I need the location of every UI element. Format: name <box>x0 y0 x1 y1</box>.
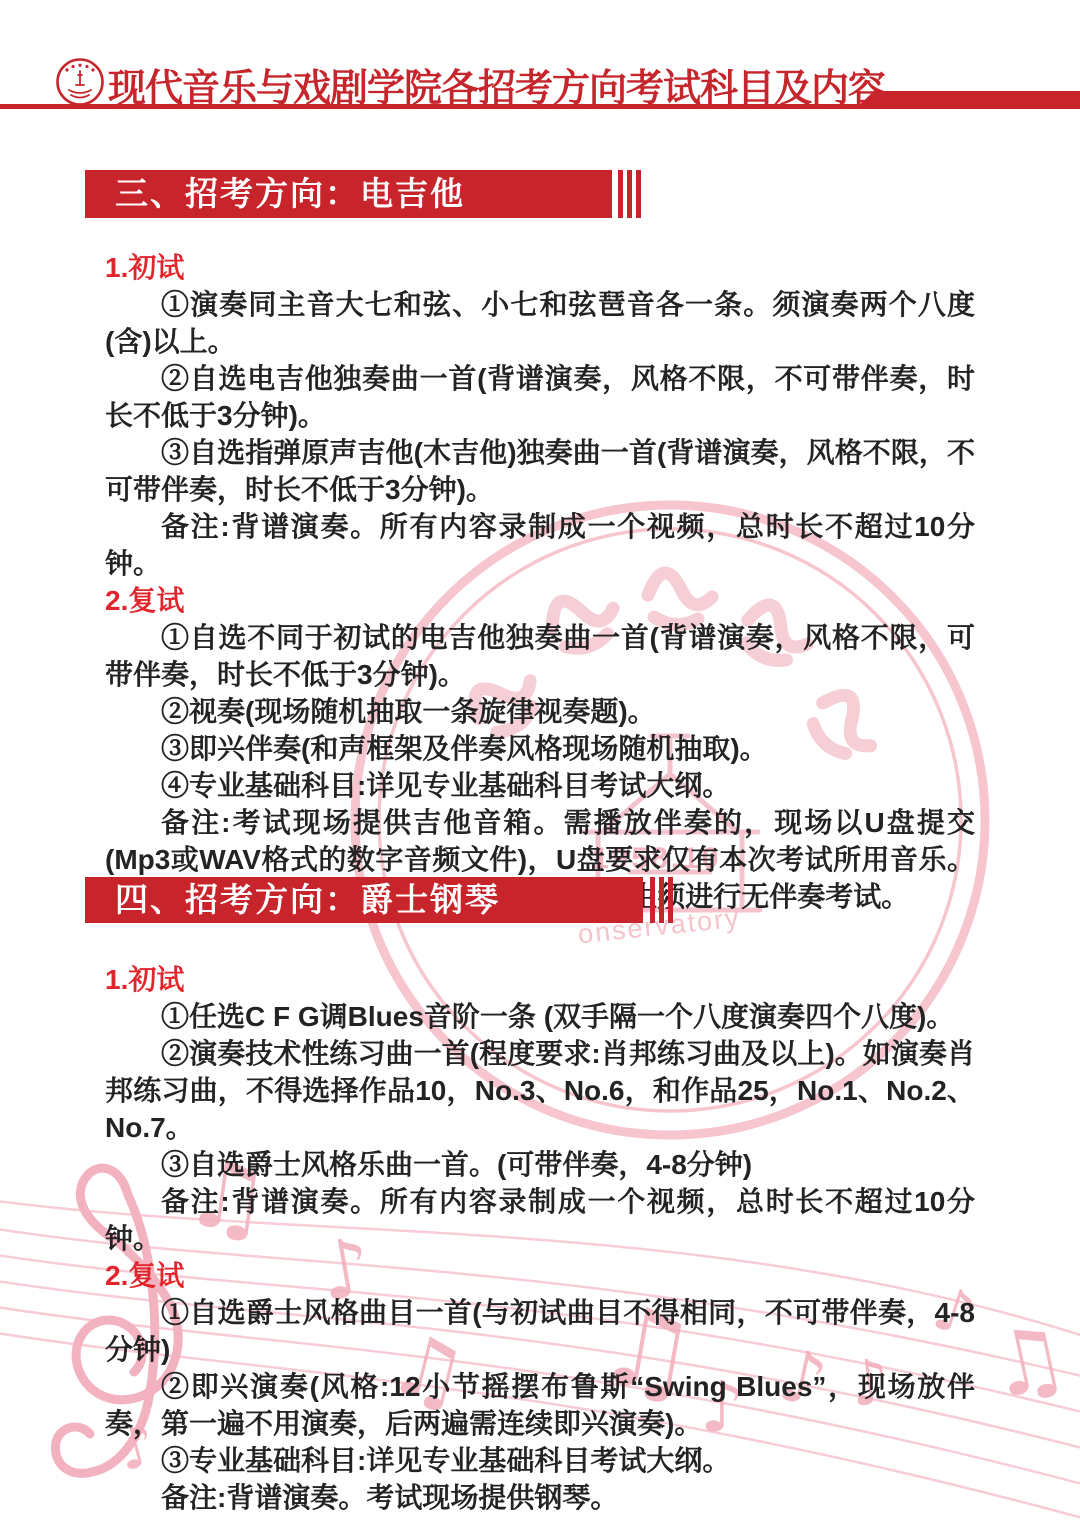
exam-item: ②自选电吉他独奏曲一首(背谱演奏，风格不限，不可带伴奏，时长不低于3分钟)。 <box>105 360 975 434</box>
banner-stripes <box>650 877 673 923</box>
section-body-jazz-piano: 1.初试 ①任选C F G调Blues音阶一条 (双手隔一个八度演奏四个八度)。… <box>105 961 975 1516</box>
exam-item: ③专业基础科目:详见专业基础科目考试大纲。 <box>105 1442 975 1479</box>
exam-item: ①任选C F G调Blues音阶一条 (双手隔一个八度演奏四个八度)。 <box>105 998 975 1035</box>
exam-item: ④专业基础科目:详见专业基础科目考试大纲。 <box>105 767 975 804</box>
round-label: 2.复试 <box>105 1257 975 1294</box>
exam-item: ②演奏技术性练习曲一首(程度要求:肖邦练习曲及以上)。如演奏肖邦练习曲，不得选择… <box>105 1035 975 1146</box>
header-rule-block <box>856 91 1080 108</box>
exam-item: ③自选指弹原声吉他(木吉他)独奏曲一首(背谱演奏，风格不限，不可带伴奏，时长不低… <box>105 434 975 508</box>
exam-item: ①自选不同于初试的电吉他独奏曲一首(背谱演奏，风格不限，可带伴奏，时长不低于3分… <box>105 619 975 693</box>
exam-item: ①自选爵士风格曲目一首(与初试曲目不得相同，不可带伴奏，4-8分钟) <box>105 1294 975 1368</box>
round-label: 2.复试 <box>105 582 975 619</box>
document-page: 1958.10 onservatory ♫ ♪ ♫ ♫ ♪ ♪ ♪ ♪ ♫ ♪ <box>0 0 1080 1527</box>
school-seal-logo <box>55 57 105 107</box>
page-title: 现代音乐与戏剧学院各招考方向考试科目及内容 <box>108 57 885 112</box>
exam-note: 备注:背谱演奏。所有内容录制成一个视频，总时长不超过10分钟。 <box>105 1183 975 1257</box>
banner-stripes <box>618 170 641 218</box>
exam-note: 备注:背谱演奏。所有内容录制成一个视频，总时长不超过10分钟。 <box>105 508 975 582</box>
round-label: 1.初试 <box>105 961 975 998</box>
exam-item: ③即兴伴奏(和声框架及伴奏风格现场随机抽取)。 <box>105 730 975 767</box>
exam-item: ②视奏(现场随机抽取一条旋律视奏题)。 <box>105 693 975 730</box>
section-banner-electric-guitar: 三、招考方向：电吉他 <box>85 170 612 218</box>
exam-item: ③自选爵士风格乐曲一首。(可带伴奏，4-8分钟) <box>105 1146 975 1183</box>
exam-item: ①演奏同主音大七和弦、小七和弦琶音各一条。须演奏两个八度(含)以上。 <box>105 286 975 360</box>
exam-item: ②即兴演奏(风格:12小节摇摆布鲁斯“Swing Blues”，现场放伴奏，第一… <box>105 1368 975 1442</box>
exam-note: 备注:背谱演奏。考试现场提供钢琴。 <box>105 1479 975 1516</box>
section-banner-jazz-piano: 四、招考方向：爵士钢琴 <box>85 877 643 923</box>
section-body-electric-guitar: 1.初试 ①演奏同主音大七和弦、小七和弦琶音各一条。须演奏两个八度(含)以上。 … <box>105 249 975 915</box>
round-label: 1.初试 <box>105 249 975 286</box>
